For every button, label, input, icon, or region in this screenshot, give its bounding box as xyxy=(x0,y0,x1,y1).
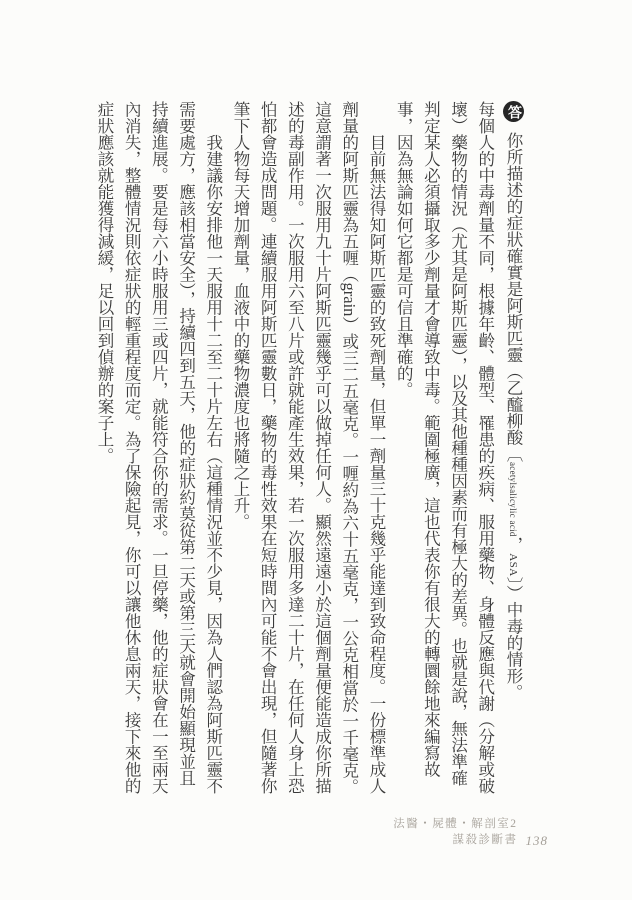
answer-p1-latin-chemical-name: acetylsalicylic acid xyxy=(508,462,518,537)
footer-book-title: 法醫・屍體・解剖室2 謀殺診斷書 xyxy=(393,816,517,848)
answer-text-block: 答你所描述的症狀確實是阿斯匹靈（乙醯柳酸〔acetylsalicylic aci… xyxy=(91,101,527,798)
page-number: 138 xyxy=(526,834,549,848)
footer-volume-title: 謀殺診斷書 xyxy=(393,832,517,848)
answer-p1-latin-abbreviation: ASA xyxy=(507,553,519,577)
answer-paragraph-3: 目前無法得知阿斯匹靈的致死劑量，但單一劑量三十克幾乎能達到致命程度。一份標準成人… xyxy=(227,101,390,798)
answer-p1-segment-2: ， xyxy=(504,537,523,554)
page-footer: 法醫・屍體・解剖室2 謀殺診斷書 138 xyxy=(393,816,548,848)
answer-paragraph-4: 我建議你安排他一天服用十二至二十片左右（這種情況並不少見，因為人們認為阿斯匹靈不… xyxy=(91,101,227,798)
answer-paragraph-1: 答你所描述的症狀確實是阿斯匹靈（乙醯柳酸〔acetylsalicylic aci… xyxy=(499,101,527,798)
footer-series-title: 法醫・屍體・解剖室2 xyxy=(393,816,517,832)
book-page: 答你所描述的症狀確實是阿斯匹靈（乙醯柳酸〔acetylsalicylic aci… xyxy=(0,0,632,900)
answer-p1-segment-1: 你所描述的症狀確實是阿斯匹靈（乙醯柳酸〔 xyxy=(504,132,523,462)
answer-p1-segment-3: 〕）中毒的情形。 xyxy=(504,577,523,701)
answer-paragraph-2: 每個人的中毒劑量不同，根據年齡、體型、罹患的疾病、服用藥物、身體反應與代謝（分解… xyxy=(390,101,499,798)
answer-badge: 答 xyxy=(503,101,524,122)
